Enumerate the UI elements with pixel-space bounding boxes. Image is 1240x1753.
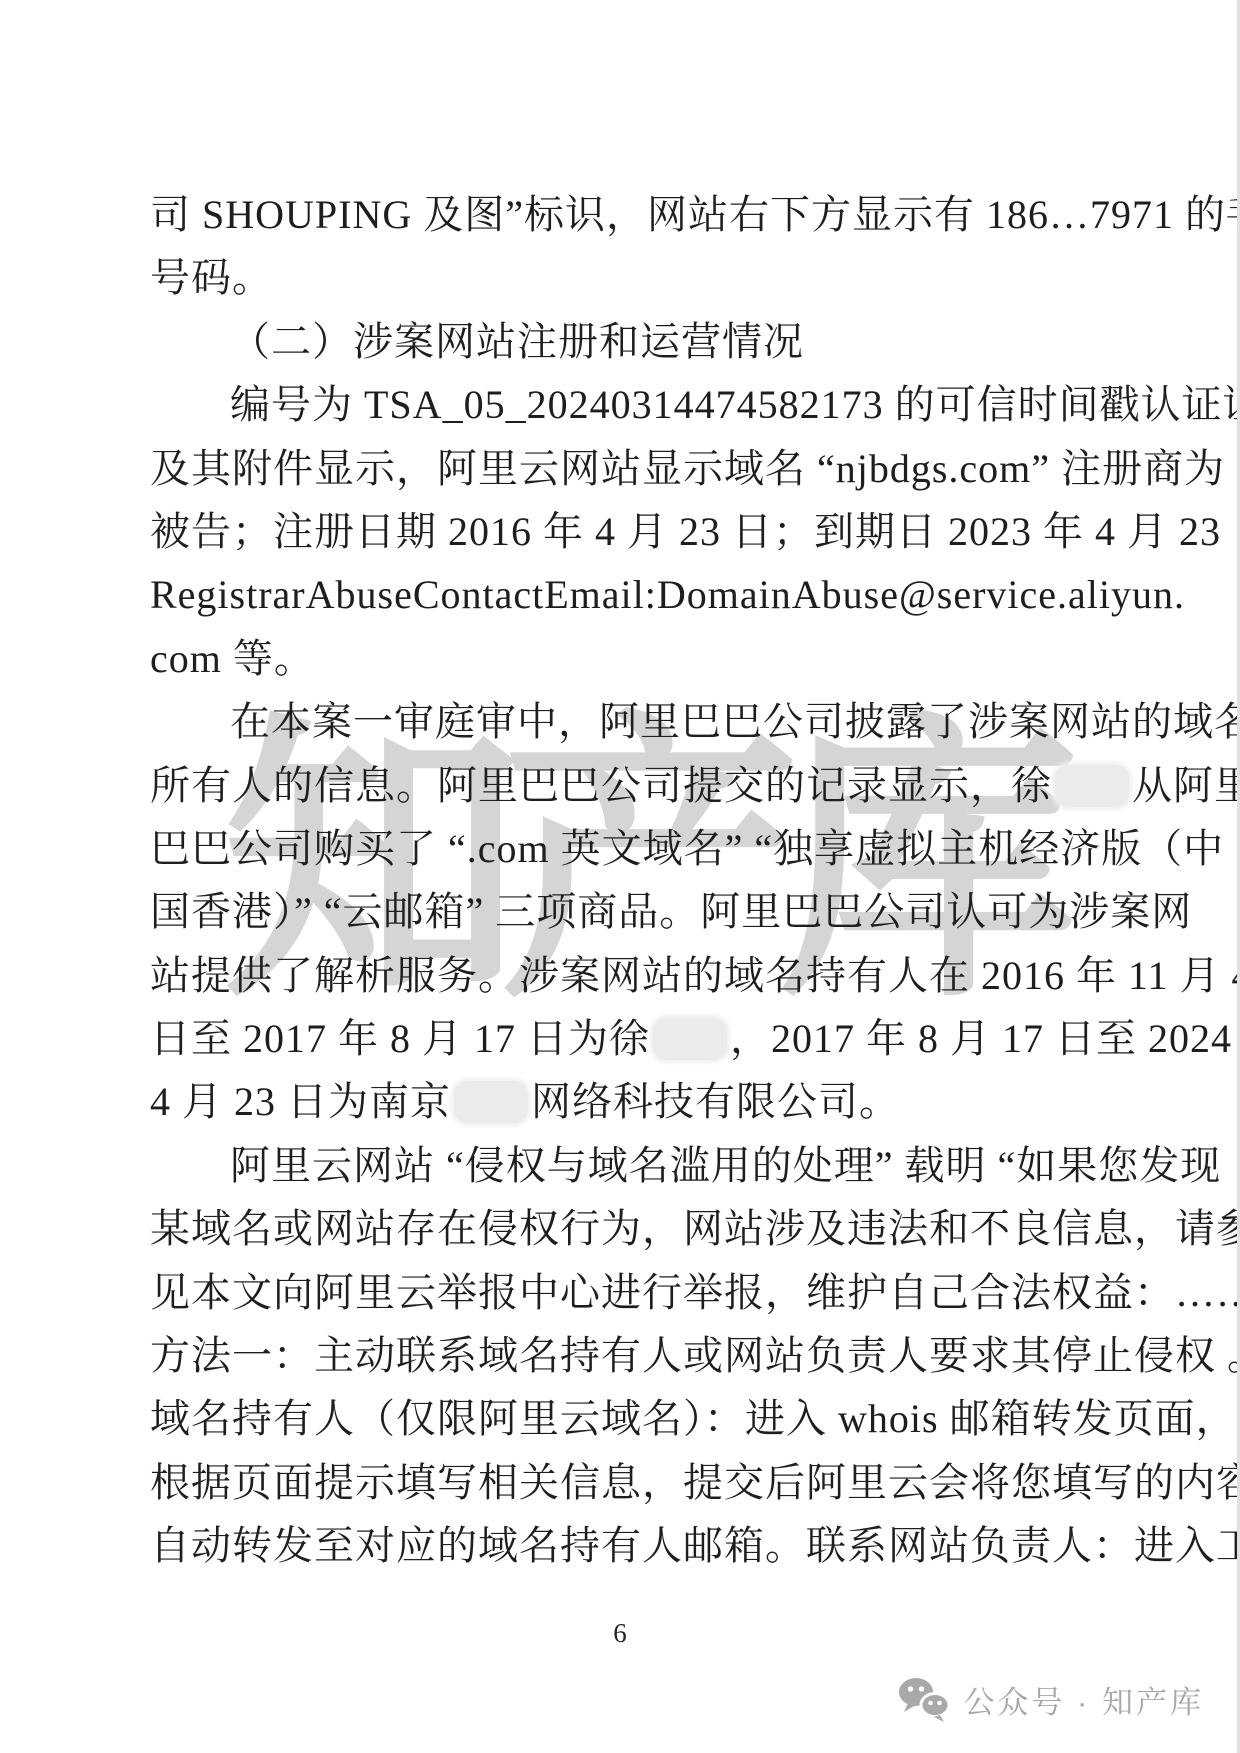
text-run: 司 SHOUPING 及图”标识，网站右下方显示有 186…7971 的手机 [150,192,1240,237]
text-run: 国香港）” “云邮箱” 三项商品。阿里巴巴公司认可为涉案网 [150,889,1192,934]
text-run: 某域名或网站存在侵权行为，网站涉及违法和不良信息，请参 [150,1206,1240,1251]
text-run: 所有人的信息。阿里巴巴公司提交的记录显示，徐 [150,763,1052,808]
document-line: 自动转发至对应的域名持有人邮箱。联系网站负责人：进入工 [150,1514,1095,1577]
document-line: 域名持有人（仅限阿里云域名）：进入 whois 邮箱转发页面， [150,1387,1095,1450]
text-run: （二）涉案网站注册和运营情况 [230,319,804,364]
document-line: 日至 2017 年 8 月 17 日为徐，2017 年 8 月 17 日至 20… [150,1007,1095,1070]
document-line: 见本文向阿里云举报中心进行举报，维护自己合法权益：…… [150,1261,1095,1324]
text-run: 网络科技有限公司。 [531,1079,900,1124]
text-run: 在本案一审庭审中，阿里巴巴公司披露了涉案网站的域名 [230,699,1240,744]
document-line: 方法一：主动联系域名持有人或网站负责人要求其停止侵权 。 [150,1324,1095,1387]
text-run: 站提供了解析服务。涉案网站的域名持有人在 2016 年 11 月 4 [150,953,1240,998]
text-run: 从阿里 [1132,763,1240,808]
document-line: 编号为 TSA_05_20240314474582173 的可信时间戳认证证书 [150,373,1095,436]
text-run: 号码。 [150,255,273,300]
document-lines: 司 SHOUPING 及图”标识，网站右下方显示有 186…7971 的手机号码… [150,183,1095,1578]
document-page: { "page": { "number": "6", "watermark": … [0,0,1240,1753]
document-line: 某域名或网站存在侵权行为，网站涉及违法和不良信息，请参 [150,1197,1095,1260]
text-run: 方法一：主动联系域名持有人或网站负责人要求其停止侵权 。 [150,1333,1240,1378]
text-run: 阿里云网站 “侵权与域名滥用的处理” 载明 “如果您发现 [230,1143,1221,1188]
document-line: com 等。 [150,627,1095,690]
document-line: 站提供了解析服务。涉案网站的域名持有人在 2016 年 11 月 4 [150,944,1095,1007]
text-run: RegistrarAbuseContactEmail:DomainAbuse@s… [150,572,1185,617]
document-line: 被告；注册日期 2016 年 4 月 23 日；到期日 2023 年 4 月 2… [150,500,1095,563]
redaction-blur [653,1018,727,1060]
footer-branding: 公众号 · 知产库 [897,1676,1204,1722]
document-line: 根据页面提示填写相关信息，提交后阿里云会将您填写的内容 [150,1451,1095,1514]
text-run: 及其附件显示，阿里云网站显示域名 “njbdgs.com” 注册商为 [150,446,1225,491]
text-run: 自动转发至对应的域名持有人邮箱。联系网站负责人：进入工 [150,1523,1240,1568]
document-line: 阿里云网站 “侵权与域名滥用的处理” 载明 “如果您发现 [150,1134,1095,1197]
document-line: RegistrarAbuseContactEmail:DomainAbuse@s… [150,563,1095,626]
text-run: 见本文向阿里云举报中心进行举报，维护自己合法权益：…… [150,1270,1240,1315]
text-run: 巴巴公司购买了 “.com 英文域名” “独享虚拟主机经济版（中 [150,826,1224,871]
redaction-blur [454,1081,528,1123]
wechat-icon [897,1676,951,1722]
text-run: 编号为 TSA_05_20240314474582173 的可信时间戳认证证书 [230,382,1240,427]
text-run: 日至 2017 年 8 月 17 日为徐 [150,1016,650,1061]
document-line: 巴巴公司购买了 “.com 英文域名” “独享虚拟主机经济版（中 [150,817,1095,880]
document-line: 号码。 [150,246,1095,309]
redaction-blur [1055,765,1129,807]
text-run: ，2017 年 8 月 17 日至 2024 年 [730,1016,1240,1061]
document-line: 所有人的信息。阿里巴巴公司提交的记录显示，徐从阿里 [150,754,1095,817]
text-run: 域名持有人（仅限阿里云域名）：进入 whois 邮箱转发页面， [150,1396,1237,1441]
text-run: 根据页面提示填写相关信息，提交后阿里云会将您填写的内容 [150,1460,1240,1505]
footer-label: 公众号 · 知产库 [963,1677,1204,1722]
document-line: 司 SHOUPING 及图”标识，网站右下方显示有 186…7971 的手机 [150,183,1095,246]
document-line: 4 月 23 日为南京网络科技有限公司。 [150,1070,1095,1133]
text-run: com 等。 [150,636,315,681]
document-line: （二）涉案网站注册和运营情况 [150,310,1095,373]
document-line: 在本案一审庭审中，阿里巴巴公司披露了涉案网站的域名 [150,690,1095,753]
document-line: 及其附件显示，阿里云网站显示域名 “njbdgs.com” 注册商为 [150,437,1095,500]
text-run: 被告；注册日期 2016 年 4 月 23 日；到期日 2023 年 4 月 2… [150,509,1240,554]
page-number: 6 [0,1618,1240,1649]
document-line: 国香港）” “云邮箱” 三项商品。阿里巴巴公司认可为涉案网 [150,880,1095,943]
text-run: 4 月 23 日为南京 [150,1079,451,1124]
